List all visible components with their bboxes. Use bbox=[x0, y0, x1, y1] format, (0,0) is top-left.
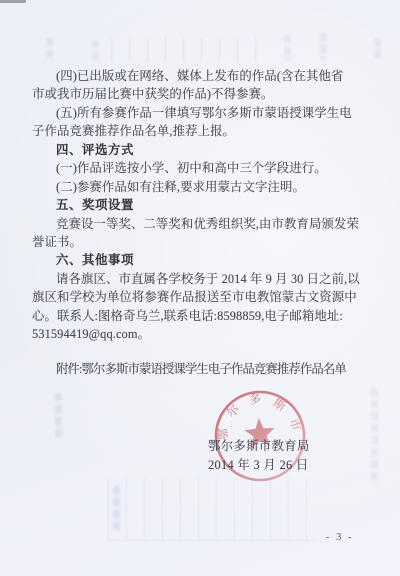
issue-date: 2014 年 3 月 26 日 bbox=[208, 455, 309, 473]
document-line: 心。联系人:图格奇乌兰,联系电话:8598859,电子邮箱地址: bbox=[32, 309, 343, 323]
document-line: 竞赛设一等奖、二等奖和优秀组织奖,由市教育局颁发荣 bbox=[56, 217, 359, 231]
showthrough-text-column bbox=[113, 486, 120, 532]
document-line: (二)参赛作品如有注释,要求用蒙古文字注明。 bbox=[56, 180, 305, 194]
document-line: 请各旗区、市直属各学校务于 2014 年 9 月 30 日之前,以 bbox=[56, 272, 360, 286]
document-line: 子作品竞赛推荐作品名单,推荐上报。 bbox=[32, 124, 235, 138]
section-heading: 五、奖项设置 bbox=[56, 198, 134, 212]
attachment-line: 附件:鄂尔多斯市蒙语授课学生电子作品竞赛推荐作品名单 bbox=[56, 362, 346, 376]
showthrough-text-column bbox=[320, 33, 327, 60]
showthrough-table-top bbox=[111, 38, 259, 62]
issuer-signature: 鄂尔多斯市教育局 bbox=[208, 436, 310, 454]
section-heading: 四、评选方式 bbox=[56, 143, 134, 157]
document-line: (五)所有参赛作品一律填写鄂尔多斯市蒙语授课学生电 bbox=[56, 106, 352, 120]
scan-edge-mark bbox=[0, 0, 26, 3]
document-line: (一)作品评选按小学、初中和高中三个学段进行。 bbox=[56, 161, 327, 175]
showthrough-table-bottom bbox=[108, 478, 314, 541]
document-line: 誉证书。 bbox=[32, 235, 82, 249]
showthrough-text-column bbox=[374, 38, 381, 58]
showthrough-text-column bbox=[284, 35, 291, 61]
showthrough-text-column bbox=[371, 388, 378, 484]
showthrough-text-column bbox=[55, 393, 62, 437]
document-line: (四)已出版或在网络、媒体上发布的作品(含在其他省 bbox=[56, 69, 343, 83]
page-number: - 3 - bbox=[326, 532, 354, 543]
section-heading: 六、其他事项 bbox=[56, 253, 134, 267]
showthrough-text-column bbox=[92, 40, 99, 60]
scanned-document-page: (四)已出版或在网络、媒体上发布的作品(含在其他省 市或我市历届比赛中获奖的作品… bbox=[0, 0, 400, 576]
document-line: 531594419@qq.com。 bbox=[32, 327, 150, 341]
document-line: 市或我市历届比赛中获奖的作品)不得参赛。 bbox=[32, 87, 274, 101]
showthrough-text-column bbox=[46, 38, 53, 62]
document-line: 旗区和学校为单位将参赛作品报送至市电教馆蒙古文资源中 bbox=[32, 290, 357, 304]
